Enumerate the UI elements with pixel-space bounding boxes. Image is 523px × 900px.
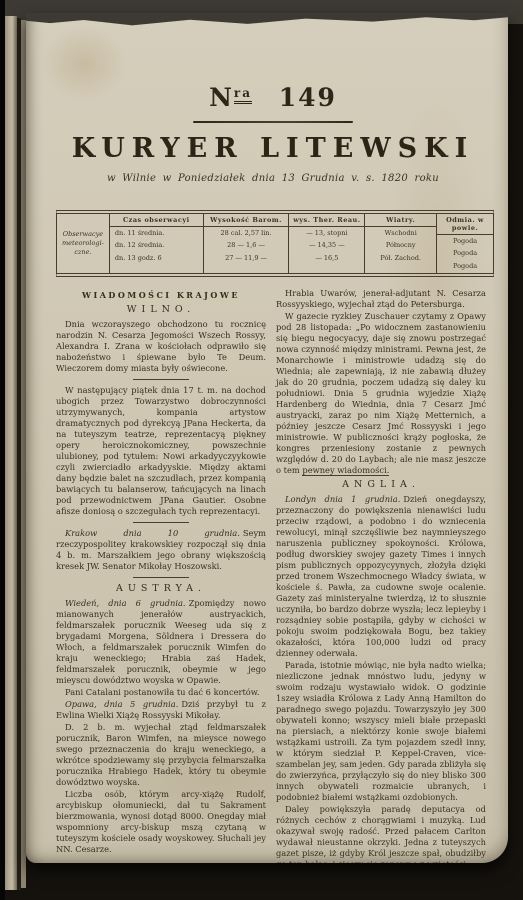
article-paragraph: Dnia wczorayszego obchodzono tu rocznicę…: [56, 319, 266, 374]
section-heading-austria: AUSTRYA.: [56, 583, 266, 594]
article-paragraph: Parada, istotnie mówiąc, nie była nadto …: [276, 660, 486, 803]
article-paragraph: Daley powiększyła paradę deputacya od ró…: [276, 804, 486, 864]
section-heading-wilno: WILNO.: [56, 304, 266, 315]
meteo-col-header: wys. Ther. Reau.: [289, 214, 364, 227]
dateline-lead: Londyn dnia 1 grudnia.: [285, 494, 400, 504]
meteo-col-header: Czas obserwacyi: [110, 214, 203, 227]
article-paragraph: Liczba osób, którym arcy-xiążę Rudolf, a…: [56, 789, 266, 855]
underlined-phrase: pewney wiadomości.: [302, 465, 389, 476]
issue-number-superscript: ra: [234, 86, 252, 104]
meteo-cell: dn. 13 godz. 6: [110, 252, 203, 265]
section-divider: [133, 522, 189, 523]
meteo-cell: Wschodni: [365, 227, 436, 240]
meteo-col-barometer: Wysokość Barom. 28 cal. 2,57 lin. 28 — 1…: [203, 214, 289, 273]
masthead-rule: [193, 121, 353, 123]
section-divider: [133, 379, 189, 380]
meteo-table-label: Obserwacye meteorologi- czne.: [57, 214, 109, 273]
meteo-cell: Pół. Zachod.: [365, 252, 436, 265]
meteo-table: Obserwacye meteorologi- czne. Czas obser…: [56, 210, 494, 277]
article-paragraph: Opawa, dnia 5 grudnia.Dziś przybył tu z …: [56, 699, 266, 721]
meteo-label-line: Obserwacye: [63, 230, 103, 239]
meteo-label-line: meteorologi-: [62, 239, 104, 248]
article-columns: WIADOMOŚCI KRAJOWE WILNO. Dnia wczoraysz…: [56, 288, 490, 864]
meteo-col-header: Odmia. w powie.: [437, 214, 493, 235]
book-page-edges: [5, 16, 17, 890]
meteo-col-time: Czas obserwacyi dn. 11 średnia. dn. 12 ś…: [109, 214, 203, 273]
meteo-cell: 28 cal. 2,57 lin.: [204, 227, 289, 240]
article-paragraph: Pani Catalani postanowiła tu dać 6 konce…: [56, 687, 266, 698]
dateline-lead: Wiedeń, dnia 6 grudnia.: [65, 598, 186, 608]
dateline-lead: Opawa, dnia 5 grudnia.: [65, 699, 178, 709]
meteo-col-thermometer: wys. Ther. Reau. — 13, stopni — 14,35 — …: [288, 214, 364, 273]
meteo-cell: — 16,5: [289, 252, 364, 265]
meteo-cell: Północny: [365, 240, 436, 253]
meteo-cell: dn. 12 średnia.: [110, 240, 203, 253]
meteo-label-line: czne.: [74, 248, 91, 257]
newspaper-dateline: w Wilnie w Poniedziałek dnia 13 Grudnia …: [56, 173, 490, 184]
meteo-col-weather: Odmia. w powie. Pogoda Pogoda Pogoda: [436, 214, 493, 273]
article-paragraph: Wiedeń, dnia 6 grudnia.Zpomiędzy nowo mi…: [56, 598, 266, 686]
article-paragraph: Londyn dnia 1 grudnia.Dzień onegdayszy, …: [276, 494, 486, 659]
left-column: WIADOMOŚCI KRAJOWE WILNO. Dnia wczoraysz…: [56, 288, 266, 864]
dateline-lead: Krakow dnia 10 grudnia.: [65, 528, 240, 538]
issue-number-prefix: N: [209, 83, 234, 112]
meteo-cell: — 13, stopni: [289, 227, 364, 240]
article-paragraph: Krakow dnia 10 grudnia.Seym rzeczypospol…: [56, 528, 266, 572]
meteo-col-header: Wiatry.: [365, 214, 436, 227]
article-paragraph: D. 2 b. m. wyjechał ztąd feldmarszałek p…: [56, 722, 266, 788]
newspaper-page: Nra 149 KURYER LITEWSKI w Wilnie w Ponie…: [26, 13, 508, 863]
meteo-col-header: Wysokość Barom.: [204, 214, 289, 227]
section-heading-domestic-news: WIADOMOŚCI KRAJOWE: [56, 290, 266, 301]
meteo-cell: — 14,35 —: [289, 240, 364, 253]
newspaper-title: KURYER LITEWSKI: [56, 133, 490, 164]
section-divider: [133, 577, 189, 578]
section-heading-england: ANGLIA.: [276, 479, 486, 490]
meteo-col-winds: Wiatry. Wschodni Północny Pół. Zachod.: [364, 214, 436, 273]
issue-number-value: 149: [279, 83, 337, 112]
meteo-cell: Pogoda: [437, 260, 493, 273]
meteo-cell: 27 — 11,9 —: [204, 252, 289, 265]
article-paragraph: Hrabia Uwarów, jenerał-adjutant N. Cesar…: [276, 288, 486, 310]
meteo-cell: dn. 11 średnia.: [110, 227, 203, 240]
right-column: Hrabia Uwarów, jenerał-adjutant N. Cesar…: [276, 288, 486, 864]
article-paragraph: W gazecie ryzkiey Zuschauer czytamy z Op…: [276, 311, 486, 476]
article-paragraph: W następujący piątek dnia 17 t. m. na do…: [56, 385, 266, 517]
issue-number: Nra 149: [56, 83, 490, 112]
newspaper-content: Nra 149 KURYER LITEWSKI w Wilnie w Ponie…: [26, 13, 508, 863]
meteo-cell: 28 — 1,6 —: [204, 240, 289, 253]
meteo-cell: Pogoda: [437, 248, 493, 261]
meteo-cell: Pogoda: [437, 235, 493, 248]
